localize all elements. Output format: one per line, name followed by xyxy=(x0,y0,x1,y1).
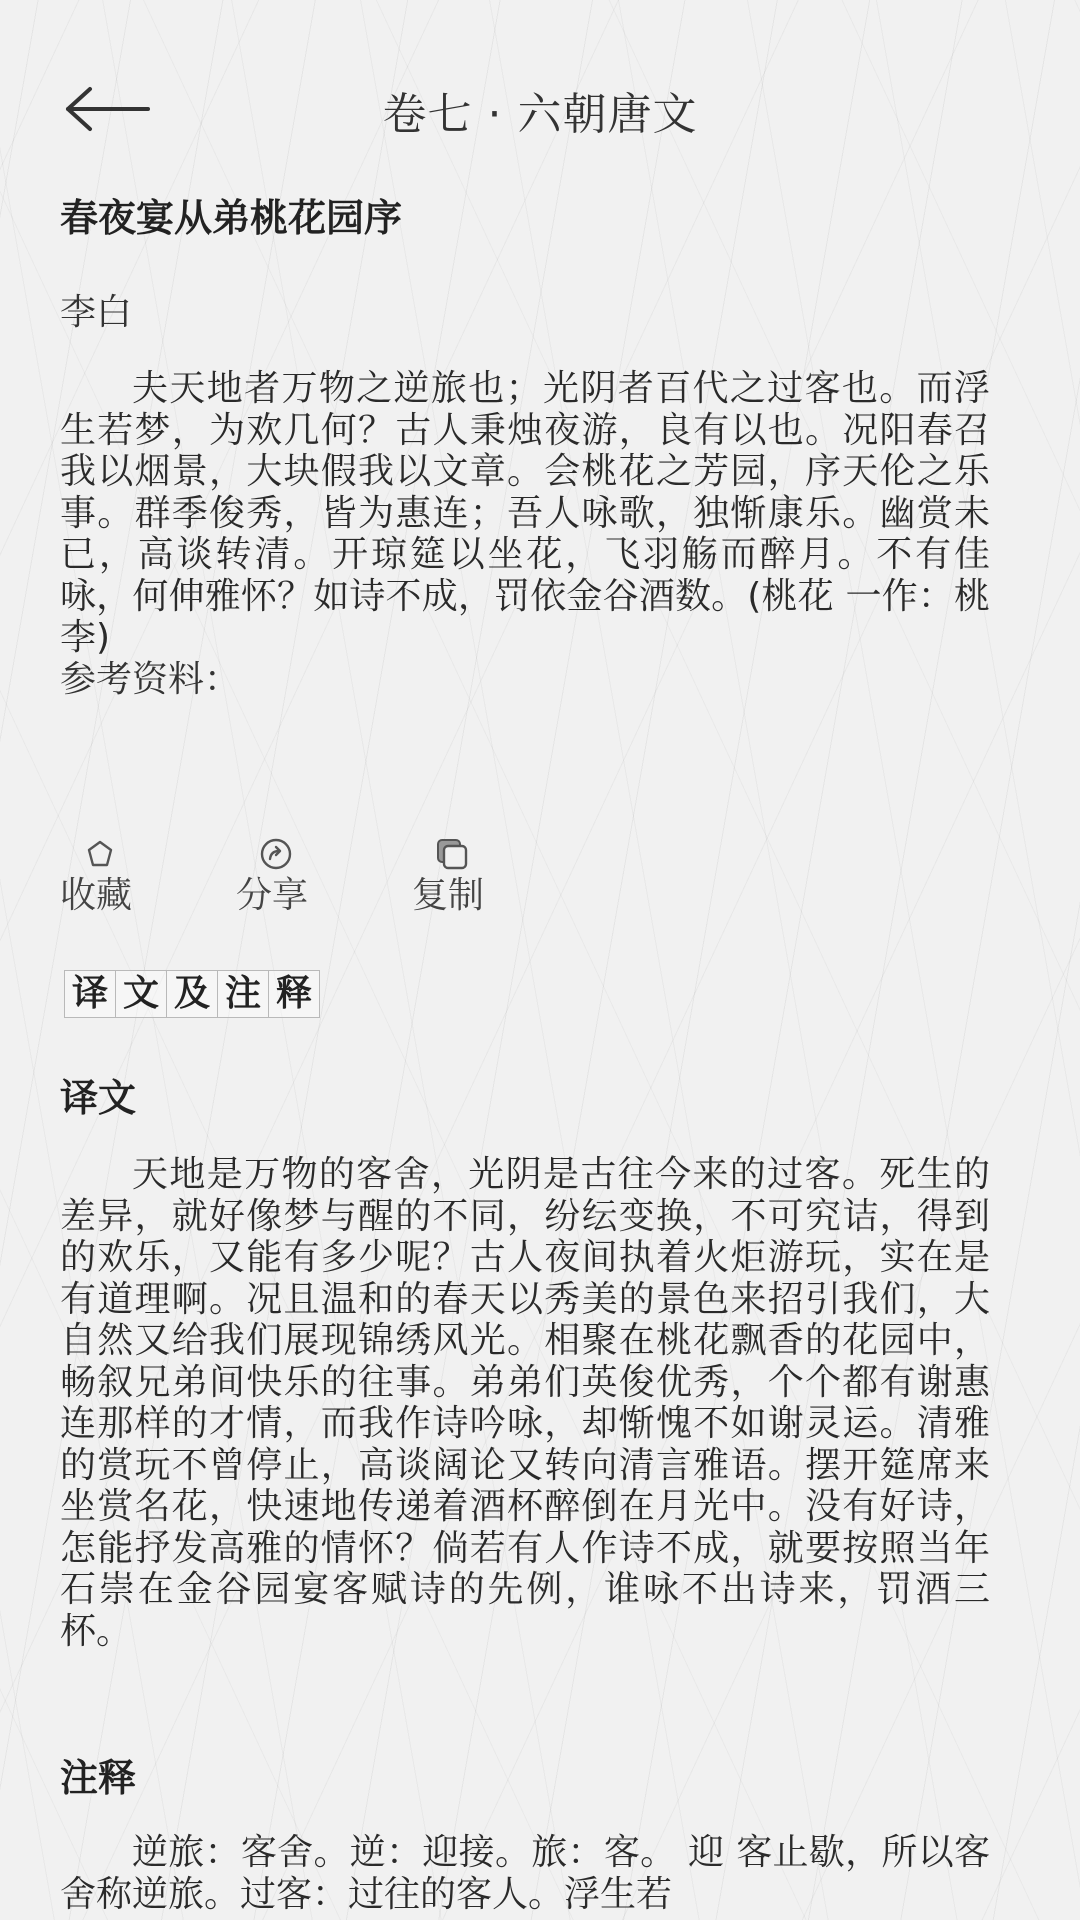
poem-text: 夫天地者万物之逆旅也；光阴者百代之过客也。而浮生若梦，为欢几何？古人秉烛夜游，良… xyxy=(60,368,990,659)
favorite-label: 收藏 xyxy=(60,874,132,918)
copy-label: 复制 xyxy=(412,874,484,918)
copy-button[interactable]: 复制 xyxy=(412,836,588,918)
poem-detail-screen: 卷七 · 六朝唐文 春夜宴从弟桃花园序 李白 夫天地者万物之逆旅也；光阴者百代之… xyxy=(0,0,1080,1920)
poem-author[interactable]: 李白 xyxy=(60,288,990,338)
poem-content: 春夜宴从弟桃花园序 李白 夫天地者万物之逆旅也；光阴者百代之过客也。而浮生若梦，… xyxy=(60,190,990,700)
share-label: 分享 xyxy=(236,874,308,918)
share-circle-icon xyxy=(259,837,293,871)
action-bar: 收藏 分享 复制 xyxy=(60,836,588,918)
translation-text: 天地是万物的客舍，光阴是古往今来的过客。死生的差异，就好像梦与醒的不同，纷纭变换… xyxy=(60,1154,990,1652)
tab-char: 释 xyxy=(269,971,319,1017)
share-button[interactable]: 分享 xyxy=(236,836,412,918)
copy-icon xyxy=(435,837,469,871)
tab-char: 文 xyxy=(116,971,167,1017)
tab-char: 译 xyxy=(65,971,116,1017)
reference-label: 参考资料： xyxy=(60,659,990,701)
favorite-button[interactable]: 收藏 xyxy=(60,836,236,918)
poem-title: 春夜宴从弟桃花园序 xyxy=(60,190,990,246)
page-title: 卷七 · 六朝唐文 xyxy=(0,78,1080,142)
star-outline-icon xyxy=(84,839,116,869)
translation-heading: 译文 xyxy=(60,1070,136,1126)
tab-char: 及 xyxy=(167,971,218,1017)
notes-heading: 注释 xyxy=(60,1750,136,1806)
notes-text: 逆旅：客舍。逆：迎接。旅：客。 迎 客止歇，所以客舍称逆旅。过客：过往的客人。浮… xyxy=(60,1832,990,1915)
translation-notes-tab[interactable]: 译 文 及 注 释 xyxy=(64,970,320,1018)
top-bar: 卷七 · 六朝唐文 xyxy=(0,70,1080,150)
tab-char: 注 xyxy=(218,971,269,1017)
